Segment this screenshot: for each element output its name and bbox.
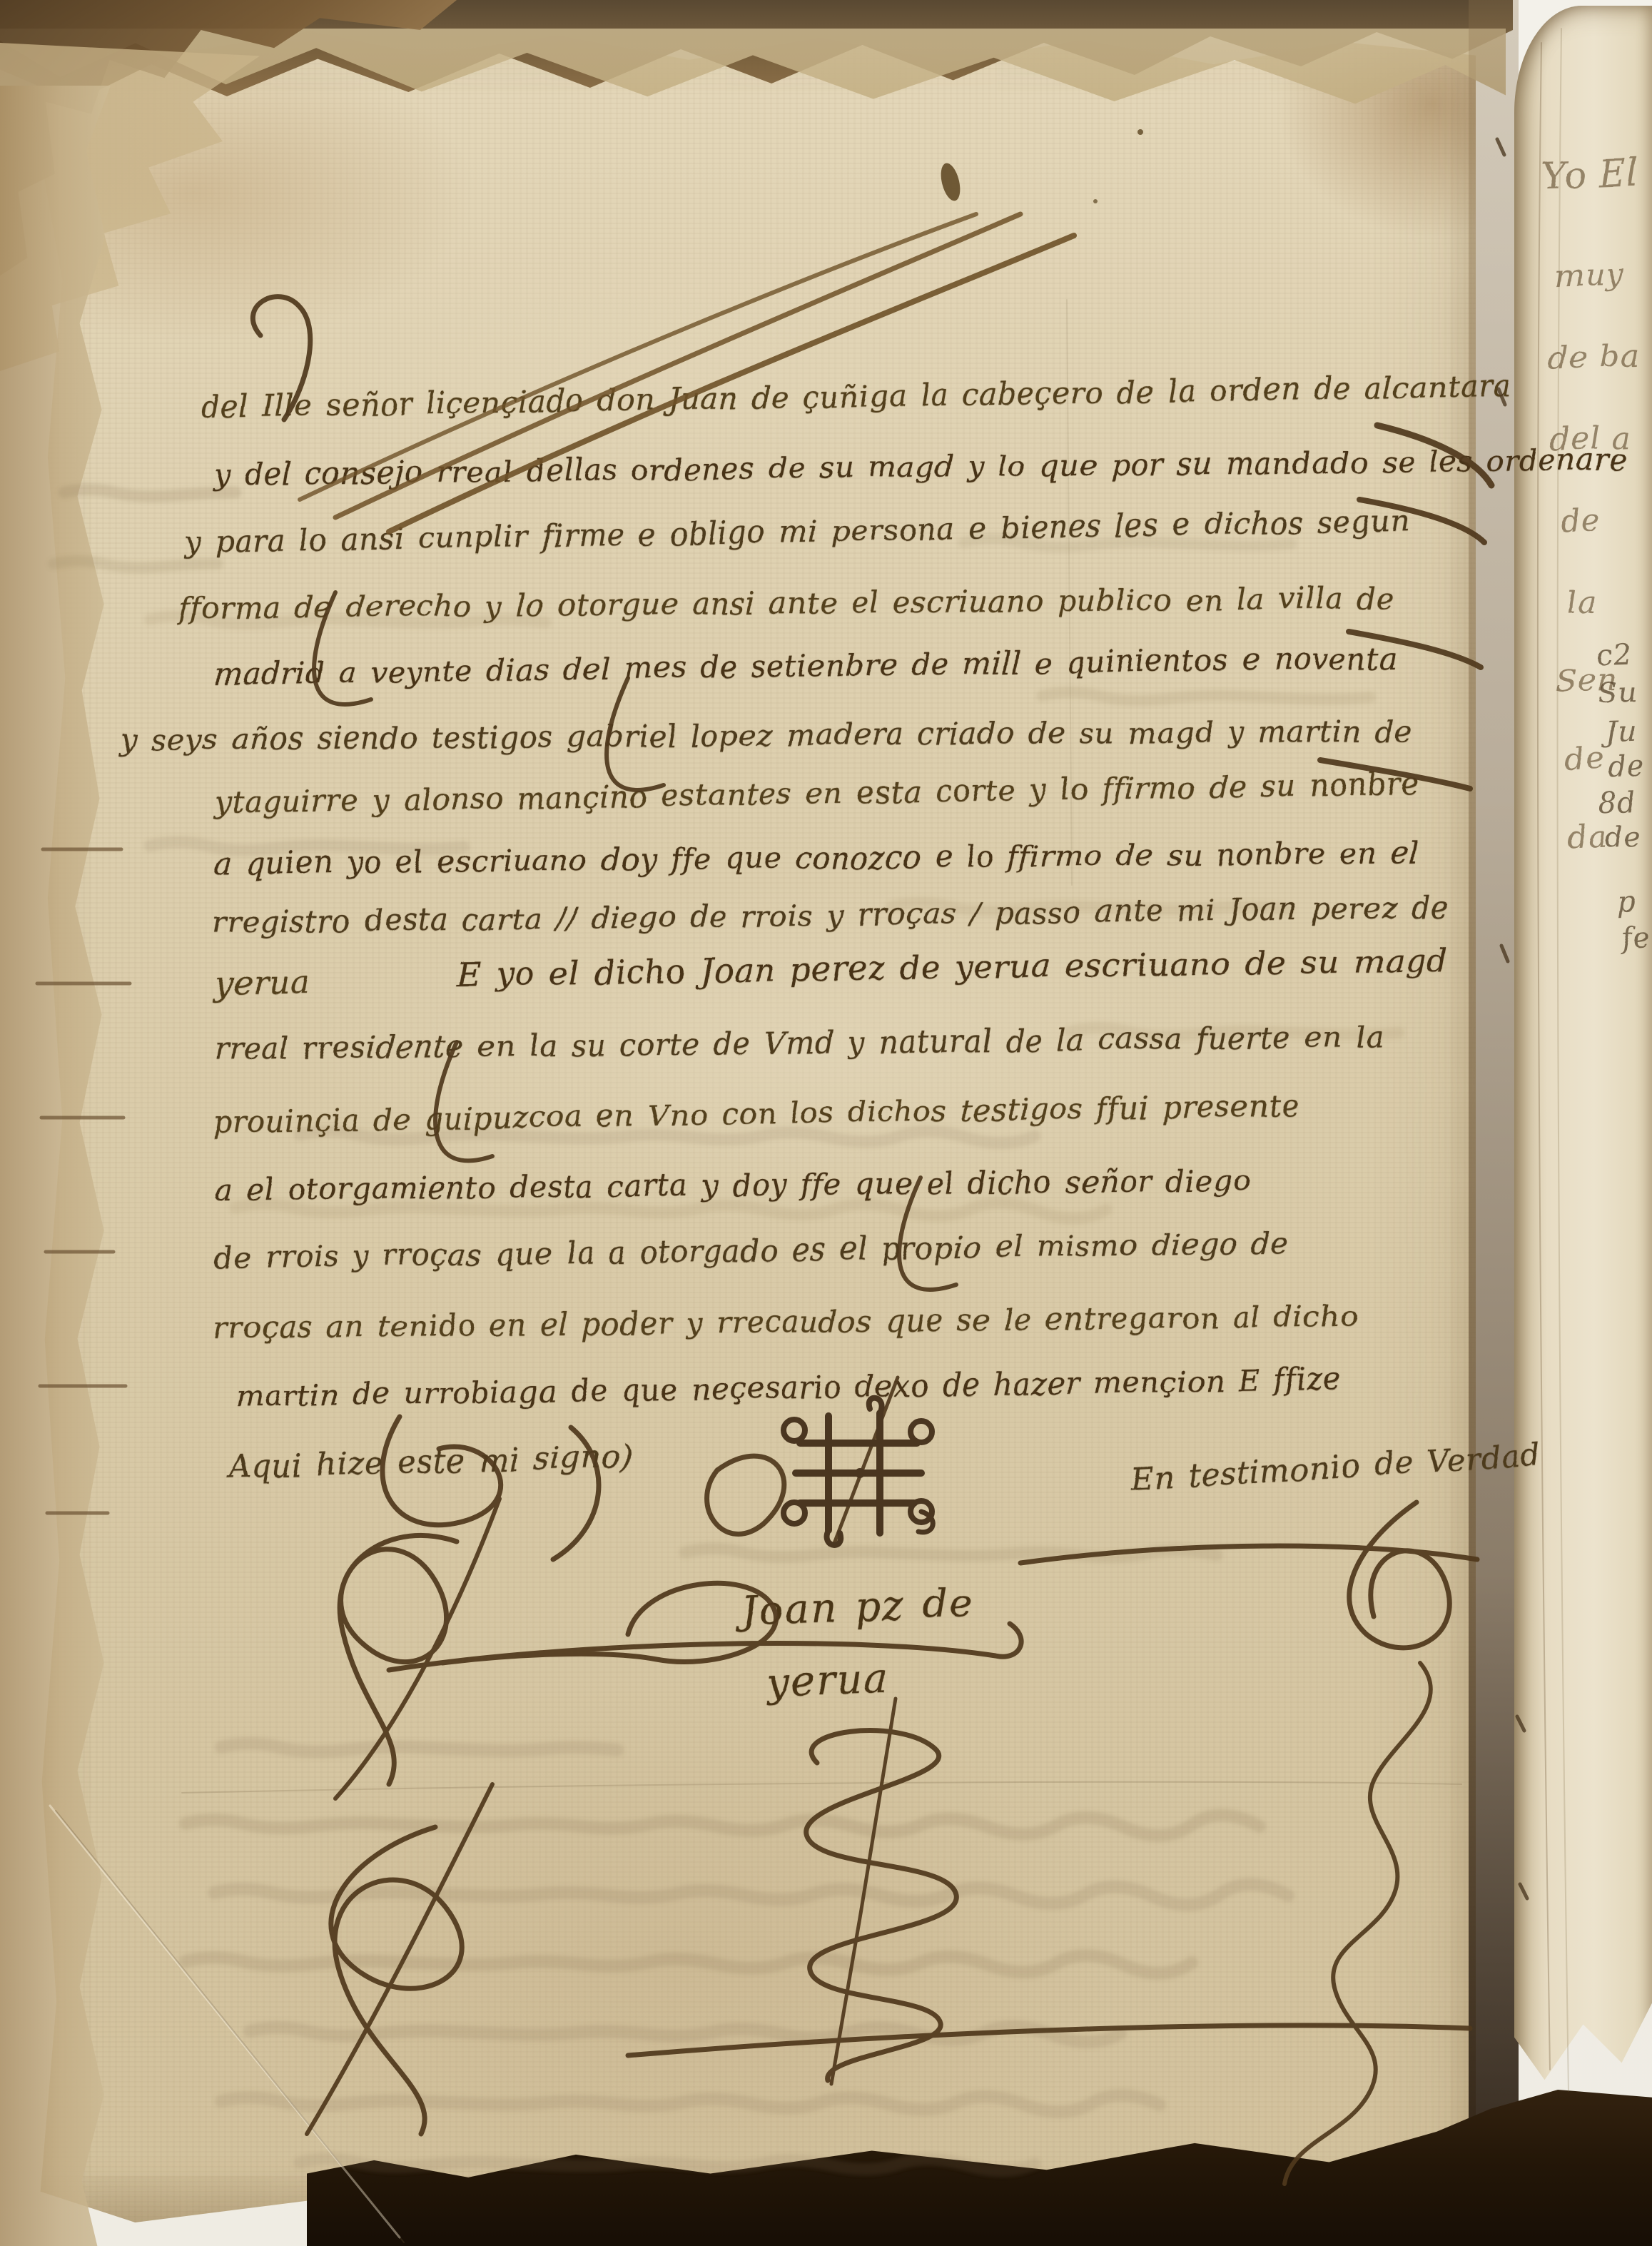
manuscript-scan: del Ille señor liçençiado don Juan de çu… (0, 0, 1652, 2246)
binding-gutter (1469, 0, 1519, 2246)
manuscript-page (19, 16, 1476, 2222)
next-folio-edge (1514, 6, 1652, 2140)
